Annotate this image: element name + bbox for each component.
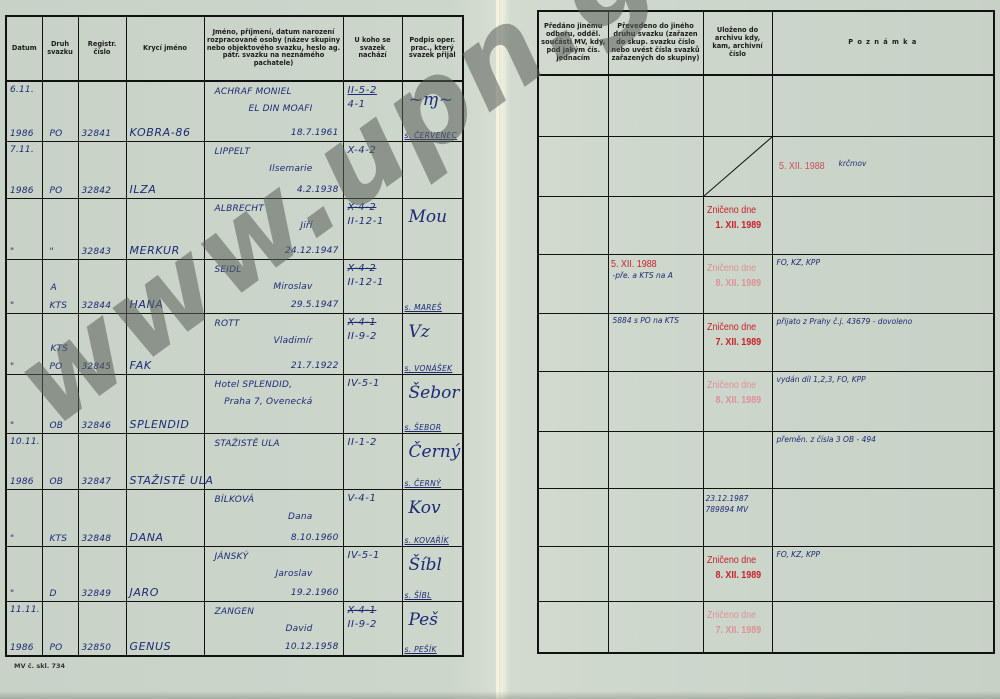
cell-registr: 32849 (78, 546, 126, 601)
conversion-note: -pře. a KTS na A (613, 271, 673, 280)
signature: ~ɱ~ (409, 90, 454, 110)
cell-registr: 32848 (78, 489, 126, 546)
cell-druh: OB (42, 374, 78, 433)
location-code-old: X-4-2 (348, 263, 377, 274)
remark-text: FO, KZ, KPP (777, 258, 820, 267)
cell-datum: " (6, 259, 42, 313)
cell-ulozeno (703, 431, 772, 488)
header-druh-svazku: Druh svazku (42, 16, 78, 81)
signer-name: s. ČERNÝ (405, 479, 441, 488)
right-header-row: Předáno jinému odboru, odděl. součásti M… (538, 11, 994, 75)
register-row: 7.11. 1986 PO 32842 ILZA LIPPELT Ilsemar… (6, 141, 463, 198)
stamp-date: 7. XII. 1989 (707, 623, 761, 639)
location-code-old: X-4-1 (348, 605, 377, 616)
cell-podpis: Šíbl s. ŠÍBL (402, 546, 463, 601)
cell-u-koho: X-4-2 II-12-1 (343, 259, 402, 313)
stamp-label: Zničeno dne (707, 554, 756, 566)
location-code-old: V-4-1 (348, 493, 377, 504)
cell-jmeno: ROTT Vladimír 21.7.1922 (204, 313, 343, 374)
cell-prevedeno (608, 488, 703, 546)
date-year: 1986 (10, 129, 34, 139)
remark-text: vydán díl 1,2,3, FO, KPP (777, 375, 866, 384)
stamp-date: 8. XII. 1989 (707, 393, 761, 409)
register-row-continued: Zničeno dne 7. XII. 1989 (538, 601, 994, 653)
form-number: MV č. skl. 734 (14, 662, 65, 670)
person-firstname: Vladimír (274, 336, 313, 346)
cell-predano (538, 136, 608, 196)
stamp-label: Zničeno dne (707, 204, 756, 216)
registration-number: 32846 (82, 421, 112, 431)
left-page-register-table: Datum Druh svazku Registr. číslo Krycí j… (5, 15, 464, 657)
cell-predano (538, 431, 608, 488)
cell-prevedeno (608, 601, 703, 653)
conversion-note: 5884 s PO na KTS (613, 316, 680, 325)
person-surname: ZANGEN (215, 607, 255, 617)
type-code: D (50, 589, 57, 599)
cell-registr: 32842 (78, 141, 126, 198)
cell-predano (538, 601, 608, 653)
cell-poznamka (772, 196, 994, 254)
location-code-old: IV-5-1 (348, 550, 380, 561)
cell-prevedeno (608, 136, 703, 196)
cell-predano (538, 546, 608, 601)
register-row: 6.11. 1986 PO 32841 KOBRA-86 ACHRAF MONI… (6, 81, 463, 141)
person-birthdate: 4.2.1938 (297, 185, 339, 195)
cell-ulozeno: 23.12.1987 789894 MV (703, 488, 772, 546)
cell-predano (538, 371, 608, 431)
header-poznamka: P o z n á m k a (772, 11, 994, 75)
remark-text: krčmov (839, 159, 867, 168)
register-row-continued: Zničeno dne 8. XII. 1989 FO, KZ, KPP (538, 546, 994, 601)
person-surname: Hotel SPLENDID, (215, 380, 293, 390)
cell-predano (538, 196, 608, 254)
cover-name: GENUS (130, 640, 172, 653)
register-row: " D 32849 JARO JÁNSKÝ Jaroslav 19.2.1960… (6, 546, 463, 601)
header-datum: Datum (6, 16, 42, 81)
location-code-old: II-5-2 (348, 85, 377, 96)
register-row: " OB 32846 SPLENDID Hotel SPLENDID, Prah… (6, 374, 463, 433)
cell-prevedeno (608, 371, 703, 431)
cell-prevedeno: 5884 s PO na KTS (608, 313, 703, 371)
cell-ulozeno: Zničeno dne 8. XII. 1989 (703, 254, 772, 313)
cell-podpis: s. MAREŠ (402, 259, 463, 313)
cover-name: SPLENDID (130, 418, 190, 431)
date-year: " (10, 247, 14, 257)
cell-prevedeno: 5. XII. 1988 -pře. a KTS na A (608, 254, 703, 313)
person-birthdate: 8.10.1960 (291, 533, 339, 543)
cell-kryci-jmeno: DANA (126, 489, 204, 546)
signature: Šíbl (409, 555, 442, 575)
date-year: 1986 (10, 477, 34, 487)
register-row-continued: 23.12.1987 789894 MV (538, 488, 994, 546)
cell-podpis: Šebor s. ŠEBOR (402, 374, 463, 433)
cell-druh: PO (42, 81, 78, 141)
header-ulozeno: Uloženo do archivu kdy, kam, archivní čí… (703, 11, 772, 75)
cell-ulozeno (703, 136, 772, 196)
cell-ulozeno: Zničeno dne 7. XII. 1989 (703, 601, 772, 653)
person-surname: JÁNSKÝ (215, 552, 249, 562)
date-year: " (10, 421, 14, 431)
person-firstname: EL DIN MOAFI (249, 104, 313, 114)
cell-datum: 7.11. 1986 (6, 141, 42, 198)
stamp-label: Zničeno dne (707, 379, 756, 391)
cell-predano (538, 488, 608, 546)
cell-podpis: Kov s. KOVAŘÍK (402, 489, 463, 546)
cell-datum: " (6, 313, 42, 374)
cell-druh: PO (42, 141, 78, 198)
register-row-continued (538, 75, 994, 136)
date-year: 1986 (10, 186, 34, 196)
person-surname: ACHRAF MONIEL (215, 87, 292, 97)
register-row: 10.11. 1986 OB 32847 STAŽISTĚ ULA STAŽIS… (6, 433, 463, 489)
cover-name: STAŽISTĚ ULA (130, 474, 214, 487)
date-day: 7.11. (10, 145, 34, 155)
destroyed-stamp: Zničeno dne 7. XII. 1989 (707, 608, 761, 640)
cell-jmeno: STAŽISTĚ ULA (204, 433, 343, 489)
location-code: II-9-2 (348, 331, 377, 342)
cell-jmeno: BÍLKOVÁ Dana 8.10.1960 (204, 489, 343, 546)
cell-podpis: Černý s. ČERNÝ (402, 433, 463, 489)
cell-kryci-jmeno: HANA (126, 259, 204, 313)
page-edge-shadow (0, 691, 1000, 699)
date-year: " (10, 362, 14, 372)
location-code: II-12-1 (348, 277, 384, 288)
type-code: PO (50, 129, 63, 139)
person-firstname: Dana (288, 512, 312, 522)
header-kryci-jmeno: Krycí jméno (126, 16, 204, 81)
type-code: OB (50, 421, 64, 431)
stamp-date: 1. XII. 1989 (707, 218, 761, 234)
registration-number: 32845 (82, 362, 112, 372)
destroyed-stamp: Zničeno dne 7. XII. 1989 (707, 320, 761, 352)
cell-ulozeno: Zničeno dne 8. XII. 1989 (703, 371, 772, 431)
cell-jmeno: ACHRAF MONIEL EL DIN MOAFI 18.7.1961 (204, 81, 343, 141)
cell-u-koho: II-1-2 (343, 433, 402, 489)
cell-datum: " (6, 546, 42, 601)
type-code: PO (50, 362, 63, 372)
cell-kryci-jmeno: STAŽISTĚ ULA (126, 433, 204, 489)
stamp-date: 8. XII. 1989 (707, 276, 761, 292)
cell-poznamka: přijato z Prahy č.j. 43679 - dovoleno (772, 313, 994, 371)
cell-registr: 32844 (78, 259, 126, 313)
stamp-label: Zničeno dne (707, 321, 756, 333)
location-code: 4-1 (348, 99, 366, 110)
cell-u-koho: V-4-1 (343, 489, 402, 546)
register-row-continued: Zničeno dne 8. XII. 1989 vydán díl 1,2,3… (538, 371, 994, 431)
cell-poznamka (772, 601, 994, 653)
person-firstname: Jiří (300, 221, 312, 231)
register-row: 11.11. 1986 PO 32850 GENUS ZANGEN David … (6, 601, 463, 656)
person-surname: STAŽISTĚ ULA (215, 439, 280, 449)
cell-kryci-jmeno: ILZA (126, 141, 204, 198)
cell-registr: 32843 (78, 198, 126, 259)
cell-prevedeno (608, 196, 703, 254)
stamp-date: 8. XII. 1989 (707, 568, 761, 584)
cell-poznamka (772, 488, 994, 546)
type-code: PO (50, 186, 63, 196)
registration-number: 32850 (82, 643, 112, 653)
header-prevedeno: Převedeno do jiného druhu svazku (zařaze… (608, 11, 703, 75)
cell-podpis: Mou (402, 198, 463, 259)
cell-jmeno: ZANGEN David 10.12.1958 (204, 601, 343, 656)
cell-registr: 32850 (78, 601, 126, 656)
cell-ulozeno (703, 75, 772, 136)
person-birthdate: 24.12.1947 (285, 246, 339, 256)
cell-poznamka: 5. XII. 1988 krčmov (772, 136, 994, 196)
register-row: " KTS 32848 DANA BÍLKOVÁ Dana 8.10.1960 … (6, 489, 463, 546)
cell-prevedeno (608, 546, 703, 601)
cell-poznamka: FO, KZ, KPP (772, 254, 994, 313)
cell-druh: A KTS (42, 259, 78, 313)
person-firstname: Ilsemarie (269, 164, 312, 174)
cell-jmeno: JÁNSKÝ Jaroslav 19.2.1960 (204, 546, 343, 601)
archive-note: 23.12.1987 789894 MV (706, 493, 772, 516)
cover-name: JARO (130, 586, 159, 599)
signer-name: s. ČERVENEC (405, 131, 458, 140)
signer-name: s. KOVAŘÍK (405, 536, 449, 545)
registration-number: 32842 (82, 186, 112, 196)
registration-number: 32847 (82, 477, 112, 487)
header-podpis: Podpis oper. prac., který svazek přijal (402, 16, 463, 81)
cell-datum: 11.11. 1986 (6, 601, 42, 656)
cell-druh: KTS PO (42, 313, 78, 374)
cell-datum: " (6, 374, 42, 433)
cell-kryci-jmeno: FAK (126, 313, 204, 374)
cover-name: ILZA (130, 183, 157, 196)
cell-podpis: ~ɱ~ s. ČERVENEC (402, 81, 463, 141)
cell-u-koho: IV-5-1 (343, 546, 402, 601)
header-jmeno-prijmeni: Jméno, příjmení, datum narození rozpraco… (204, 16, 343, 81)
diagonal-cancel-line (704, 137, 772, 196)
cell-datum: " (6, 198, 42, 259)
type-code: KTS (50, 301, 68, 311)
cell-druh: OB (42, 433, 78, 489)
person-surname: ROTT (215, 319, 240, 329)
destroyed-stamp: Zničeno dne 8. XII. 1989 (707, 261, 761, 293)
cell-jmeno: SEIDL Miroslav 29.5.1947 (204, 259, 343, 313)
header-registr-cislo: Registr. číslo (78, 16, 126, 81)
person-birthdate: 10.12.1958 (285, 642, 339, 652)
register-row-continued: přeměn. z čísla 3 OB - 494 (538, 431, 994, 488)
register-row: " " 32843 MERKUR ALBRECHT Jiří 24.12.194… (6, 198, 463, 259)
cell-registr: 32847 (78, 433, 126, 489)
book-gutter (496, 0, 499, 699)
left-header-row: Datum Druh svazku Registr. číslo Krycí j… (6, 16, 463, 81)
location-code-old: X-4-2 (348, 202, 377, 213)
note-date-stamp: 5. XII. 1988 (779, 159, 825, 175)
location-code-old: II-1-2 (348, 437, 377, 448)
destroyed-stamp: Zničeno dne 1. XII. 1989 (707, 203, 761, 235)
signer-name: s. MAREŠ (405, 303, 442, 312)
cell-u-koho: IV-5-1 (343, 374, 402, 433)
signer-name: s. ŠEBOR (405, 423, 442, 432)
cell-prevedeno (608, 431, 703, 488)
cell-u-koho: X-4-1 II-9-2 (343, 601, 402, 656)
cover-name: DANA (130, 531, 164, 544)
location-code-old: X-4-2 (348, 145, 377, 156)
cell-jmeno: ALBRECHT Jiří 24.12.1947 (204, 198, 343, 259)
location-code: II-12-1 (348, 216, 384, 227)
person-surname: LIPPELT (215, 147, 251, 157)
cell-u-koho: X-4-2 (343, 141, 402, 198)
stamp-date: 7. XII. 1989 (707, 335, 761, 351)
person-birthdate: 29.5.1947 (291, 300, 339, 310)
cell-poznamka: přeměn. z čísla 3 OB - 494 (772, 431, 994, 488)
person-birthdate: 18.7.1961 (291, 128, 339, 138)
registration-number: 32848 (82, 534, 112, 544)
header-u-koho: U koho se svazek nachází (343, 16, 402, 81)
person-birthdate: 21.7.1922 (291, 361, 339, 371)
person-firstname: Praha 7, Ovenecká (224, 397, 312, 407)
right-page-register-table: Předáno jinému odboru, odděl. součásti M… (537, 10, 995, 654)
cell-ulozeno: Zničeno dne 7. XII. 1989 (703, 313, 772, 371)
cell-u-koho: X-4-2 II-12-1 (343, 198, 402, 259)
cell-datum: " (6, 489, 42, 546)
signature: Peš (409, 610, 438, 630)
cell-kryci-jmeno: GENUS (126, 601, 204, 656)
stamp-label: Zničeno dne (707, 609, 756, 621)
register-row: " A KTS 32844 HANA SEIDL Miroslav 29.5.1… (6, 259, 463, 313)
registration-number: 32849 (82, 589, 112, 599)
cover-name: HANA (130, 298, 164, 311)
person-firstname: Miroslav (273, 282, 312, 292)
remark-text: přeměn. z čísla 3 OB - 494 (777, 435, 876, 444)
cell-registr: 32845 (78, 313, 126, 374)
cell-registr: 32841 (78, 81, 126, 141)
date-year: " (10, 301, 14, 311)
cell-druh: " (42, 198, 78, 259)
cell-predano (538, 254, 608, 313)
register-row-continued: Zničeno dne 1. XII. 1989 (538, 196, 994, 254)
cell-druh: KTS (42, 489, 78, 546)
signature: Černý (409, 442, 461, 462)
cell-u-koho: II-5-2 4-1 (343, 81, 402, 141)
date-day: 10.11. (10, 437, 40, 447)
remark-text: FO, KZ, KPP (777, 550, 820, 559)
date-year: " (10, 589, 14, 599)
person-surname: BÍLKOVÁ (215, 495, 255, 505)
register-row-continued: 5. XII. 1988 krčmov (538, 136, 994, 196)
cell-kryci-jmeno: JARO (126, 546, 204, 601)
person-surname: ALBRECHT (215, 204, 264, 214)
cell-poznamka: vydán díl 1,2,3, FO, KPP (772, 371, 994, 431)
register-row: " KTS PO 32845 FAK ROTT Vladimír 21.7.19… (6, 313, 463, 374)
registration-number: 32844 (82, 301, 112, 311)
cover-name: FAK (130, 359, 152, 372)
cell-predano (538, 75, 608, 136)
cell-poznamka (772, 75, 994, 136)
signer-name: s. PEŠÍK (405, 645, 437, 654)
type-extra: KTS (51, 344, 69, 354)
cell-druh: D (42, 546, 78, 601)
type-extra: A (51, 283, 57, 293)
location-code-old: IV-5-1 (348, 378, 380, 389)
date-year: " (10, 534, 14, 544)
signer-name: s. ŠÍBL (405, 591, 432, 600)
cell-kryci-jmeno: SPLENDID (126, 374, 204, 433)
cell-predano (538, 313, 608, 371)
cell-ulozeno: Zničeno dne 8. XII. 1989 (703, 546, 772, 601)
cell-podpis: Peš s. PEŠÍK (402, 601, 463, 656)
cell-kryci-jmeno: KOBRA-86 (126, 81, 204, 141)
remark-text: přijato z Prahy č.j. 43679 - dovoleno (777, 317, 913, 326)
signature: Šebor (409, 383, 460, 403)
cell-u-koho: X-4-1 II-9-2 (343, 313, 402, 374)
signature: Vz (409, 322, 430, 342)
type-code: KTS (50, 534, 68, 544)
type-code: OB (50, 477, 64, 487)
cell-druh: PO (42, 601, 78, 656)
register-row-continued: 5. XII. 1988 -pře. a KTS na A Zničeno dn… (538, 254, 994, 313)
person-surname: SEIDL (215, 265, 242, 275)
person-firstname: Jaroslav (275, 569, 312, 579)
registration-number: 32841 (82, 129, 112, 139)
cell-podpis: Vz s. VONÁŠEK (402, 313, 463, 374)
cover-name: MERKUR (130, 244, 180, 257)
cell-datum: 10.11. 1986 (6, 433, 42, 489)
date-day: 6.11. (10, 85, 34, 95)
person-firstname: David (286, 624, 313, 634)
signature: Mou (409, 207, 448, 227)
cell-jmeno: Hotel SPLENDID, Praha 7, Ovenecká (204, 374, 343, 433)
cell-ulozeno: Zničeno dne 1. XII. 1989 (703, 196, 772, 254)
person-birthdate: 19.2.1960 (291, 588, 339, 598)
registration-number: 32843 (82, 247, 112, 257)
stamp-label: Zničeno dne (707, 262, 756, 274)
header-predano: Předáno jinému odboru, odděl. součásti M… (538, 11, 608, 75)
cell-poznamka: FO, KZ, KPP (772, 546, 994, 601)
destroyed-stamp: Zničeno dne 8. XII. 1989 (707, 378, 761, 410)
cell-kryci-jmeno: MERKUR (126, 198, 204, 259)
destroyed-stamp: Zničeno dne 8. XII. 1989 (707, 553, 761, 585)
register-row-continued: 5884 s PO na KTS Zničeno dne 7. XII. 198… (538, 313, 994, 371)
date-year: 1986 (10, 643, 34, 653)
date-day: 11.11. (10, 605, 40, 615)
signature: Kov (409, 498, 441, 518)
cell-podpis (402, 141, 463, 198)
type-code: PO (50, 643, 63, 653)
cell-registr: 32846 (78, 374, 126, 433)
type-code: " (50, 247, 54, 257)
location-code: II-9-2 (348, 619, 377, 630)
location-code-old: X-4-1 (348, 317, 377, 328)
cell-prevedeno (608, 75, 703, 136)
cell-jmeno: LIPPELT Ilsemarie 4.2.1938 (204, 141, 343, 198)
cell-datum: 6.11. 1986 (6, 81, 42, 141)
signer-name: s. VONÁŠEK (405, 364, 453, 373)
cover-name: KOBRA-86 (130, 126, 191, 139)
